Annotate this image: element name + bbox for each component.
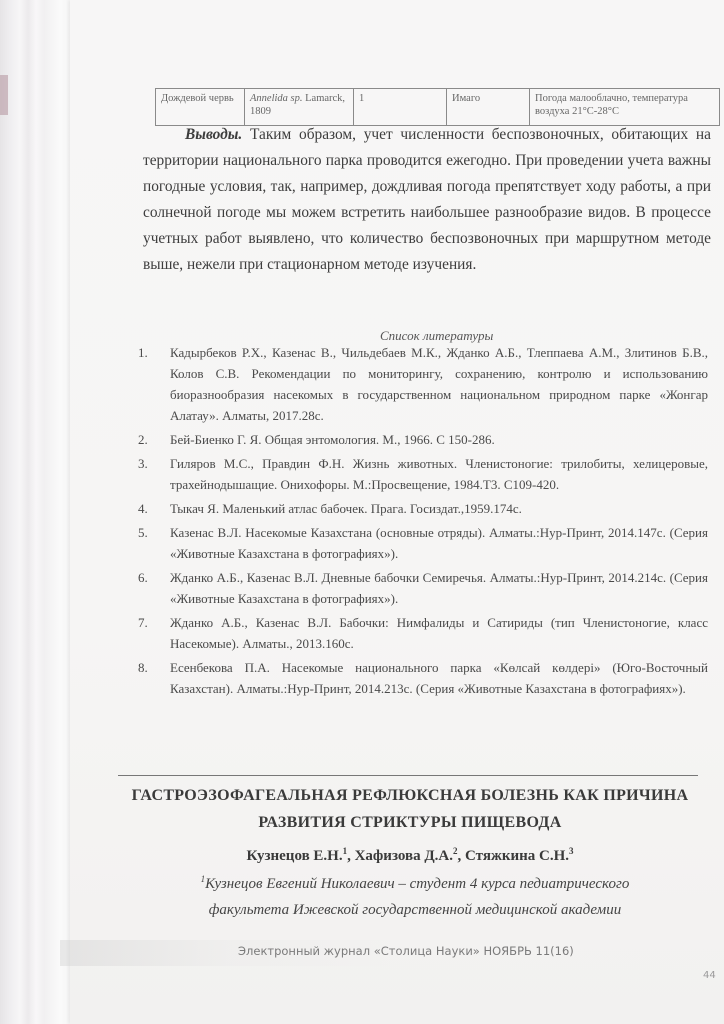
reference-text: Казенас В.Л. Насекомые Казахстана (основ… [170, 525, 708, 561]
reference-text: Жданко А.Б., Казенас В.Л. Дневные бабочк… [170, 570, 708, 606]
reference-text: Гиляров М.С., Правдин Ф.Н. Жизнь животны… [170, 456, 708, 492]
author-affiliation: 1Кузнецов Евгений Николаевич – студент 4… [130, 866, 700, 923]
table-row: Дождевой червь Annelida sp. Lamarck, 180… [156, 89, 720, 126]
reference-number: 4. [138, 498, 148, 519]
reference-number: 3. [138, 453, 148, 474]
author-1: Кузнецов Е.Н. [246, 848, 342, 864]
references-list: 1.Кадырбеков Р.Х., Казенас В., Чильдебае… [138, 342, 708, 702]
author-3: Стяжкина С.Н. [465, 848, 569, 864]
reference-text: Тыкач Я. Маленький атлас бабочек. Прага.… [170, 501, 522, 516]
reference-item: 3.Гиляров М.С., Правдин Ф.Н. Жизнь живот… [138, 453, 708, 495]
reference-number: 1. [138, 342, 148, 363]
reference-item: 5.Казенас В.Л. Насекомые Казахстана (осн… [138, 522, 708, 564]
author-2-sup: 2 [453, 846, 458, 856]
reference-item: 2.Бей-Биенко Г. Я. Общая энтомология. М.… [138, 429, 708, 450]
table-cell-species: Annelida sp. Lamarck, 1809 [245, 89, 354, 126]
affiliation-line2: факультета Ижевской государственной меди… [130, 897, 700, 923]
article-authors: Кузнецов Е.Н.1, Хафизова Д.А.2, Стяжкина… [120, 846, 700, 865]
reference-item: 4.Тыкач Я. Маленький атлас бабочек. Праг… [138, 498, 708, 519]
article-title: ГАСТРОЭЗОФАГЕАЛЬНАЯ РЕФЛЮКСНАЯ БОЛЕЗНЬ К… [120, 782, 700, 836]
table-cell-count: 1 [354, 89, 447, 126]
table-cell-name: Дождевой червь [156, 89, 245, 126]
author-1-sup: 1 [343, 846, 348, 856]
conclusion-lead: Выводы. [185, 126, 242, 143]
species-latin: Annelida sp. [250, 93, 303, 104]
reference-text: Кадырбеков Р.Х., Казенас В., Чильдебаев … [170, 345, 708, 423]
reference-item: 8.Есенбекова П.А. Насекомые национальног… [138, 657, 708, 699]
reference-number: 6. [138, 567, 148, 588]
conclusion-paragraph: Выводы. Таким образом, учет численности … [143, 122, 711, 278]
conclusion-text: Таким образом, учет численности беспозво… [143, 126, 711, 273]
article-title-line2: РАЗВИТИЯ СТРИКТУРЫ ПИЩЕВОДА [120, 809, 700, 836]
reference-item: 6.Жданко А.Б., Казенас В.Л. Дневные бабо… [138, 567, 708, 609]
observation-table: Дождевой червь Annelida sp. Lamarck, 180… [155, 88, 720, 126]
author-2: Хафизова Д.А. [355, 848, 453, 864]
author-3-sup: 3 [569, 846, 574, 856]
reference-item: 7.Жданко А.Б., Казенас В.Л. Бабочки: Ним… [138, 612, 708, 654]
section-divider [118, 775, 698, 776]
reference-text: Есенбекова П.А. Насекомые национального … [170, 660, 708, 696]
table-cell-stage: Имаго [447, 89, 530, 126]
table-cell-weather: Погода малооблачно, температура воздуха … [530, 89, 720, 126]
reference-text: Бей-Биенко Г. Я. Общая энтомология. М., … [170, 432, 495, 447]
page-number: 44 [703, 970, 716, 981]
journal-footer: Электронный журнал «Столица Науки» НОЯБР… [238, 944, 574, 958]
reference-text: Жданко А.Б., Казенас В.Л. Бабочки: Нимфа… [170, 615, 708, 651]
article-title-line1: ГАСТРОЭЗОФАГЕАЛЬНАЯ РЕФЛЮКСНАЯ БОЛЕЗНЬ К… [120, 782, 700, 809]
reference-number: 8. [138, 657, 148, 678]
spine-mark [0, 75, 8, 115]
reference-number: 2. [138, 429, 148, 450]
reference-number: 7. [138, 612, 148, 633]
affiliation-line1: Кузнецов Евгений Николаевич – студент 4 … [205, 876, 629, 892]
book-spine [0, 0, 78, 1024]
reference-item: 1.Кадырбеков Р.Х., Казенас В., Чильдебае… [138, 342, 708, 426]
reference-number: 5. [138, 522, 148, 543]
